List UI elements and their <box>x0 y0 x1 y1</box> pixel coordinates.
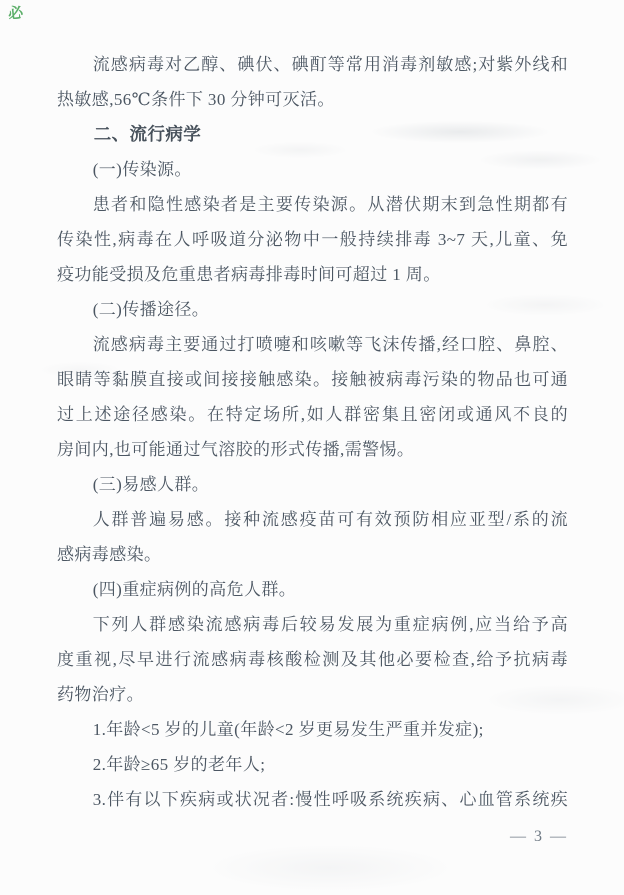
document-body: 流感病毒对乙醇、碘伏、碘酊等常用消毒剂敏感;对紫外线和 热敏感,56℃条件下 3… <box>57 47 568 817</box>
body-text-line: 流感病毒主要通过打喷嚏和咳嗽等飞沫传播,经口腔、鼻腔、 <box>57 327 568 362</box>
subsection-heading-high-risk-groups: (四)重症病例的高危人群。 <box>57 572 568 607</box>
body-text-line: 疫功能受损及危重患者病毒排毒时间可超过 1 周。 <box>57 257 568 292</box>
list-item-comorbidities: 3.伴有以下疾病或状况者:慢性呼吸系统疾病、心血管系统疾 <box>57 782 568 817</box>
body-text-line: 感病毒感染。 <box>57 537 568 572</box>
document-page: 必 流感病毒对乙醇、碘伏、碘酊等常用消毒剂敏感;对紫外线和 热敏感,56℃条件下… <box>0 0 624 895</box>
section-heading-epidemiology: 二、流行病学 <box>57 117 568 152</box>
body-text-line: 药物治疗。 <box>57 677 568 712</box>
body-text-line: 下列人群感染流感病毒后较易发展为重症病例,应当给予高 <box>57 607 568 642</box>
body-text-line: 人群普遍易感。接种流感疫苗可有效预防相应亚型/系的流 <box>57 502 568 537</box>
body-text-line: 流感病毒对乙醇、碘伏、碘酊等常用消毒剂敏感;对紫外线和 <box>57 47 568 82</box>
list-item-age-over-65: 2.年龄≥65 岁的老年人; <box>57 747 568 782</box>
body-text-line: 患者和隐性感染者是主要传染源。从潜伏期末到急性期都有 <box>57 187 568 222</box>
body-text-line: 房间内,也可能通过气溶胶的形式传播,需警惕。 <box>57 432 568 467</box>
body-text-line: 热敏感,56℃条件下 30 分钟可灭活。 <box>57 82 568 117</box>
page-number: — 3 — <box>510 822 568 852</box>
green-stamp-icon: 必 <box>7 1 24 23</box>
body-text-line: 过上述途径感染。在特定场所,如人群密集且密闭或通风不良的 <box>57 397 568 432</box>
subsection-heading-transmission-route: (二)传播途径。 <box>57 292 568 327</box>
subsection-heading-infection-source: (一)传染源。 <box>57 152 568 187</box>
body-text-line: 传染性,病毒在人呼吸道分泌物中一般持续排毒 3~7 天,儿童、免 <box>57 222 568 257</box>
body-text-line: 眼睛等黏膜直接或间接接触感染。接触被病毒污染的物品也可通 <box>57 362 568 397</box>
list-item-age-under-5: 1.年龄<5 岁的儿童(年龄<2 岁更易发生严重并发症); <box>57 712 568 747</box>
body-text-line: 度重视,尽早进行流感病毒核酸检测及其他必要检查,给予抗病毒 <box>57 642 568 677</box>
subsection-heading-susceptible-population: (三)易感人群。 <box>57 467 568 502</box>
